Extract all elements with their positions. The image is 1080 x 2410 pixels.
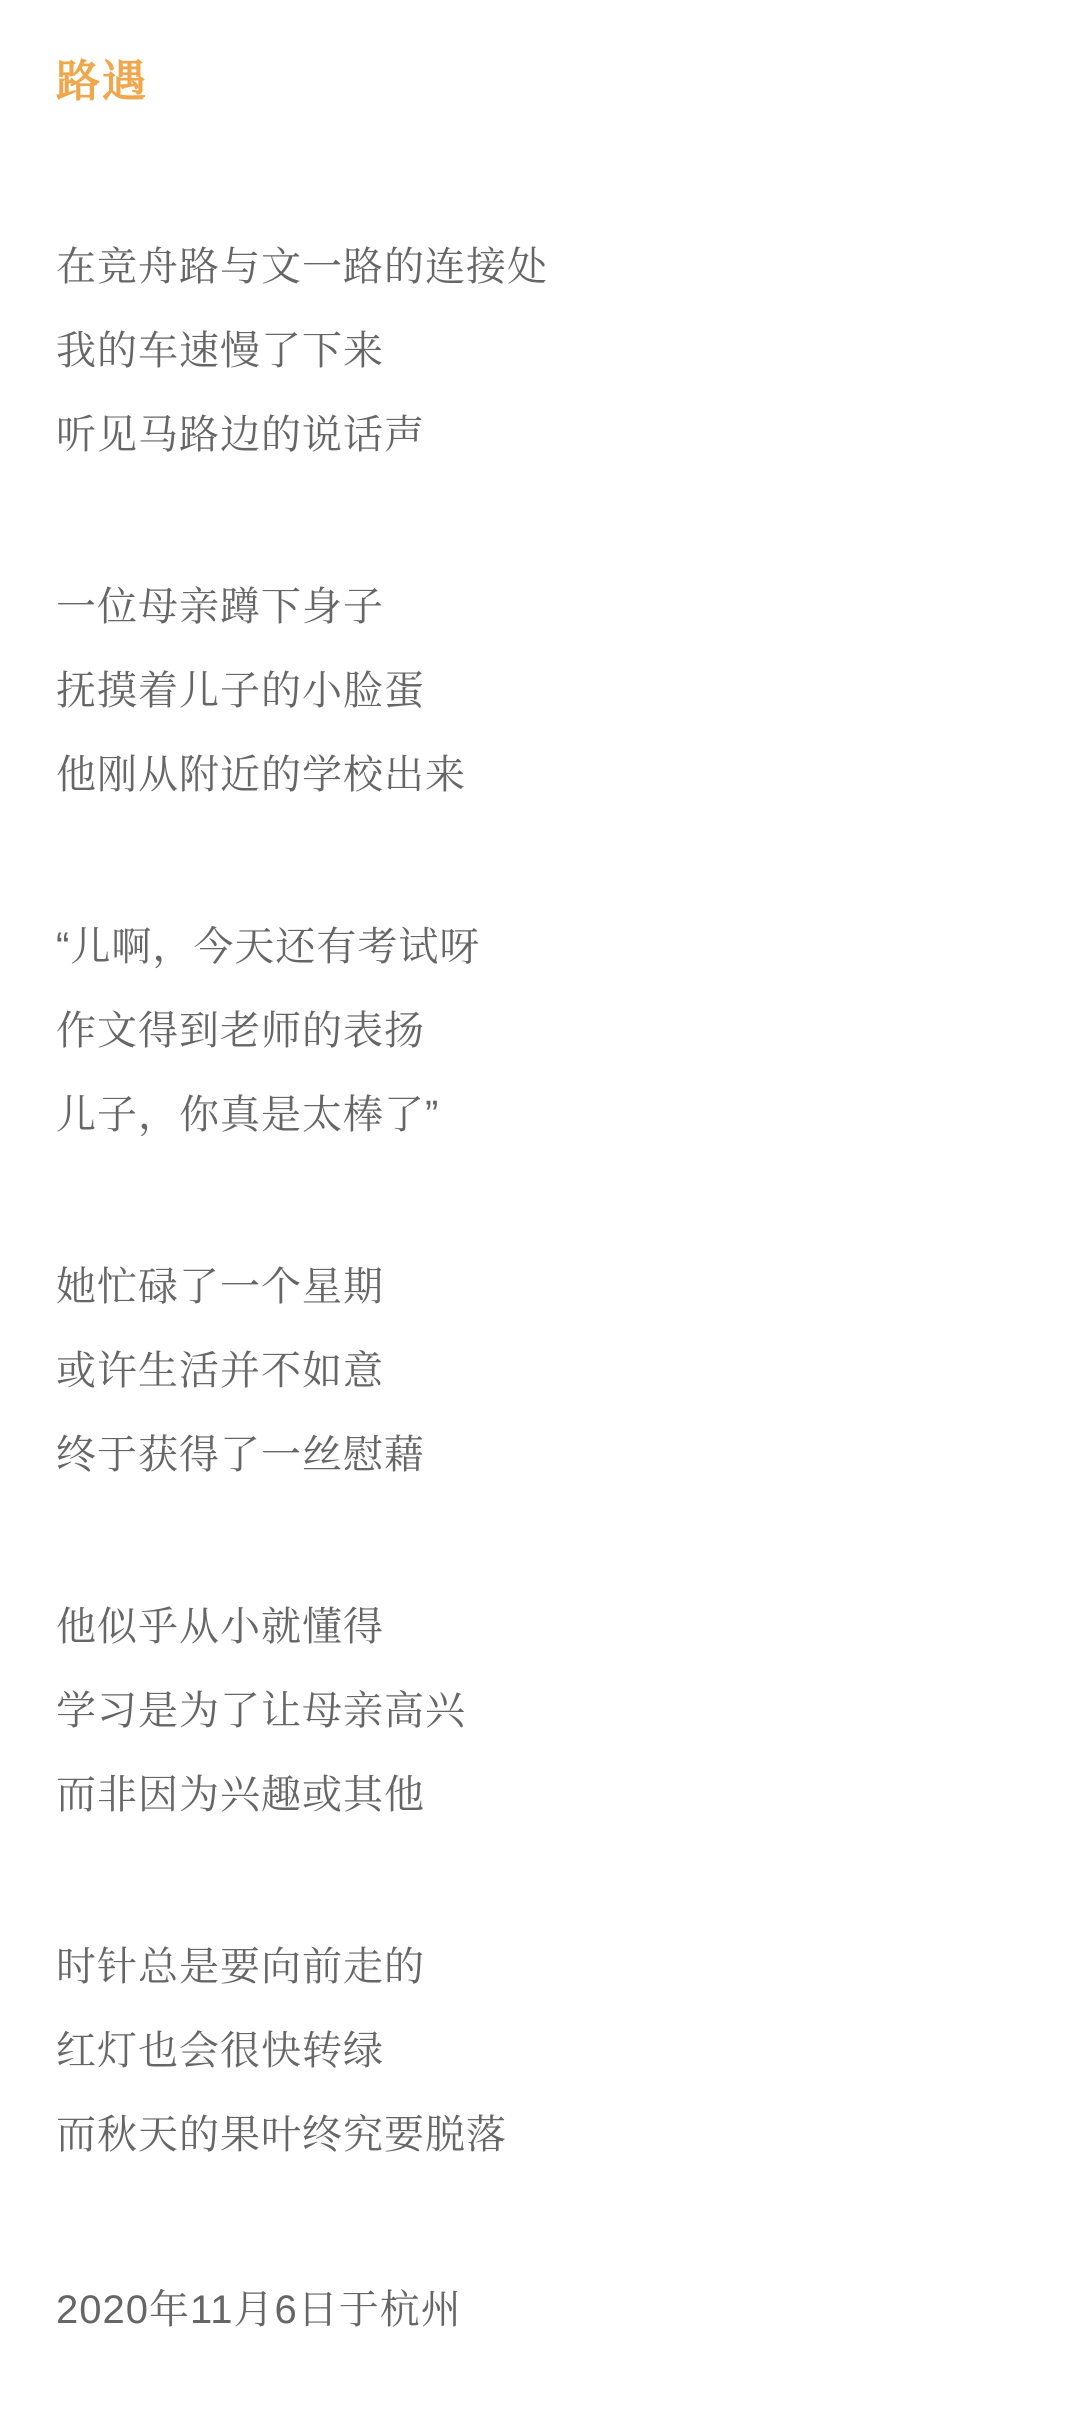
poem-line: 他刚从附近的学校出来 — [56, 733, 1020, 817]
stanza: 时针总是要向前走的 红灯也会很快转绿 而秋天的果叶终究要脱落 — [56, 1925, 1020, 2177]
poem-line: 在竞舟路与文一路的连接处 — [56, 225, 1020, 309]
stanza: 在竞舟路与文一路的连接处 我的车速慢了下来 听见马路边的说话声 — [56, 225, 1020, 477]
poem-line: 她忙碌了一个星期 — [56, 1245, 1020, 1329]
poem-line: 时针总是要向前走的 — [56, 1925, 1020, 2009]
poem-line: 或许生活并不如意 — [56, 1329, 1020, 1413]
poem-line: 终于获得了一丝慰藉 — [56, 1413, 1020, 1497]
poem-line: 我的车速慢了下来 — [56, 309, 1020, 393]
poem-line: 而非因为兴趣或其他 — [56, 1753, 1020, 1837]
poem-line: 儿子，你真是太棒了” — [56, 1073, 1020, 1157]
poem-page: 路遇 在竞舟路与文一路的连接处 我的车速慢了下来 听见马路边的说话声 一位母亲蹲… — [0, 0, 1080, 2410]
poem-line: 他似乎从小就懂得 — [56, 1585, 1020, 1669]
poem-line: 而秋天的果叶终究要脱落 — [56, 2093, 1020, 2177]
stanza: 她忙碌了一个星期 或许生活并不如意 终于获得了一丝慰藉 — [56, 1245, 1020, 1497]
poem-line: “儿啊，今天还有考试呀 — [56, 905, 1020, 989]
poem-line: 作文得到老师的表扬 — [56, 989, 1020, 1073]
poem-signature-date: 2020年11月6日于杭州 — [56, 2268, 1020, 2352]
stanza: “儿啊，今天还有考试呀 作文得到老师的表扬 儿子，你真是太棒了” — [56, 905, 1020, 1157]
poem-title: 路遇 — [56, 60, 1020, 104]
poem-line: 学习是为了让母亲高兴 — [56, 1669, 1020, 1753]
poem-line: 听见马路边的说话声 — [56, 393, 1020, 477]
poem-line: 抚摸着儿子的小脸蛋 — [56, 649, 1020, 733]
stanza: 一位母亲蹲下身子 抚摸着儿子的小脸蛋 他刚从附近的学校出来 — [56, 565, 1020, 817]
poem-line: 一位母亲蹲下身子 — [56, 565, 1020, 649]
stanza: 他似乎从小就懂得 学习是为了让母亲高兴 而非因为兴趣或其他 — [56, 1585, 1020, 1837]
poem-line: 红灯也会很快转绿 — [56, 2009, 1020, 2093]
